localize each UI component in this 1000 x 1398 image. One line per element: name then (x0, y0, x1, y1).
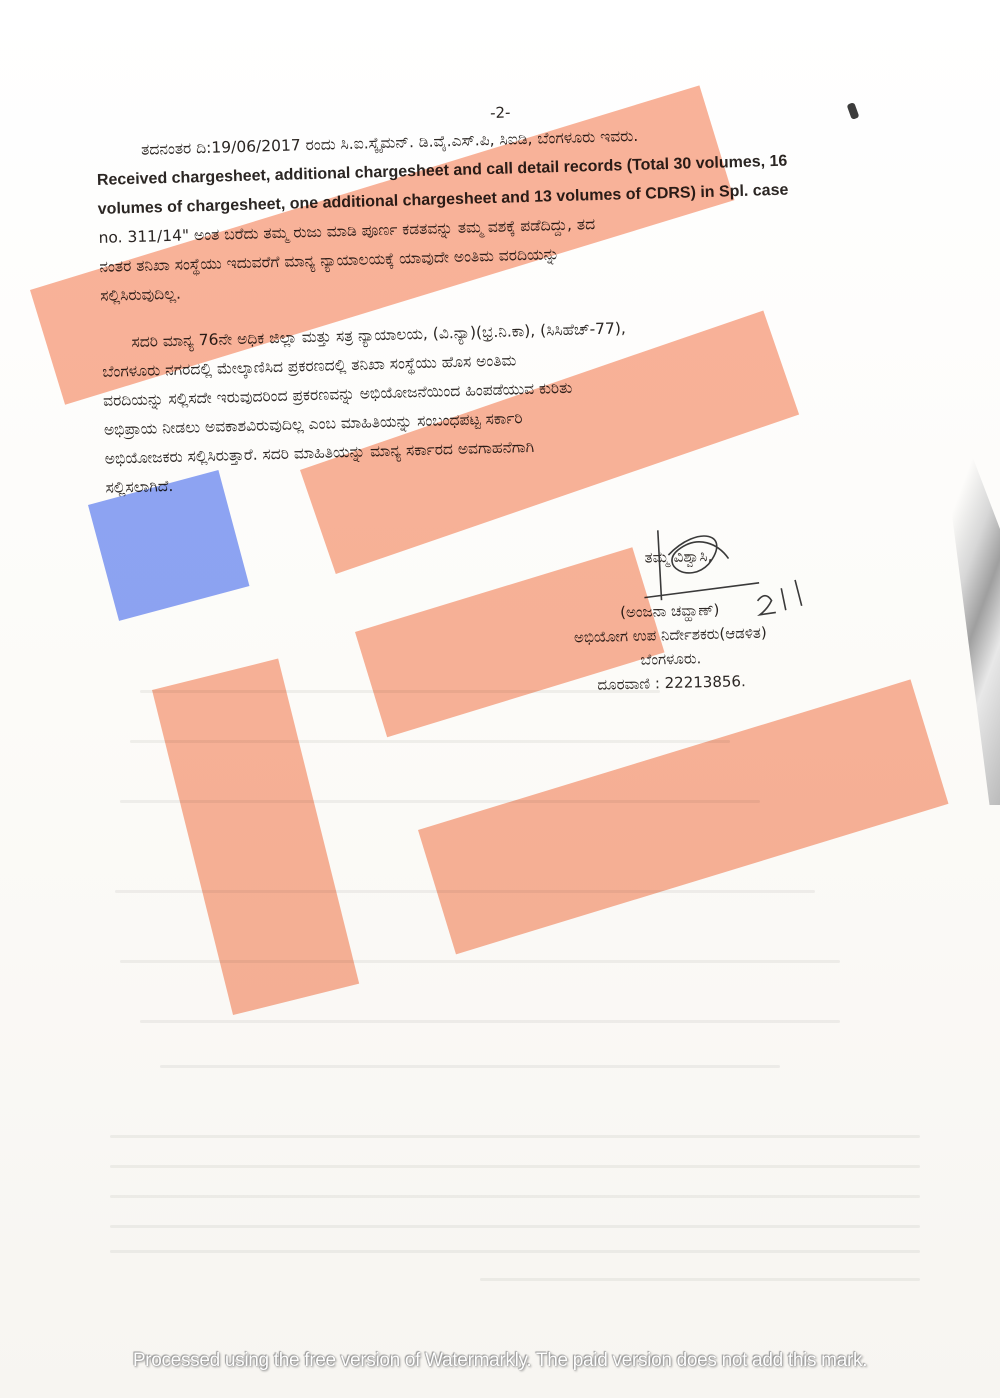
handwritten-signature-icon (638, 521, 821, 635)
bleed-through-line (110, 1250, 920, 1253)
bleed-through-line (140, 1020, 840, 1023)
watermark-text: Processed using the free version of Wate… (0, 1350, 1000, 1372)
bleed-through-line (110, 1165, 920, 1168)
bleed-through-line (110, 1195, 920, 1198)
bleed-through-line (480, 1278, 920, 1281)
bleed-through-line (160, 1065, 780, 1068)
bleed-through-line (110, 1225, 920, 1228)
bleed-through-line (110, 1135, 920, 1138)
